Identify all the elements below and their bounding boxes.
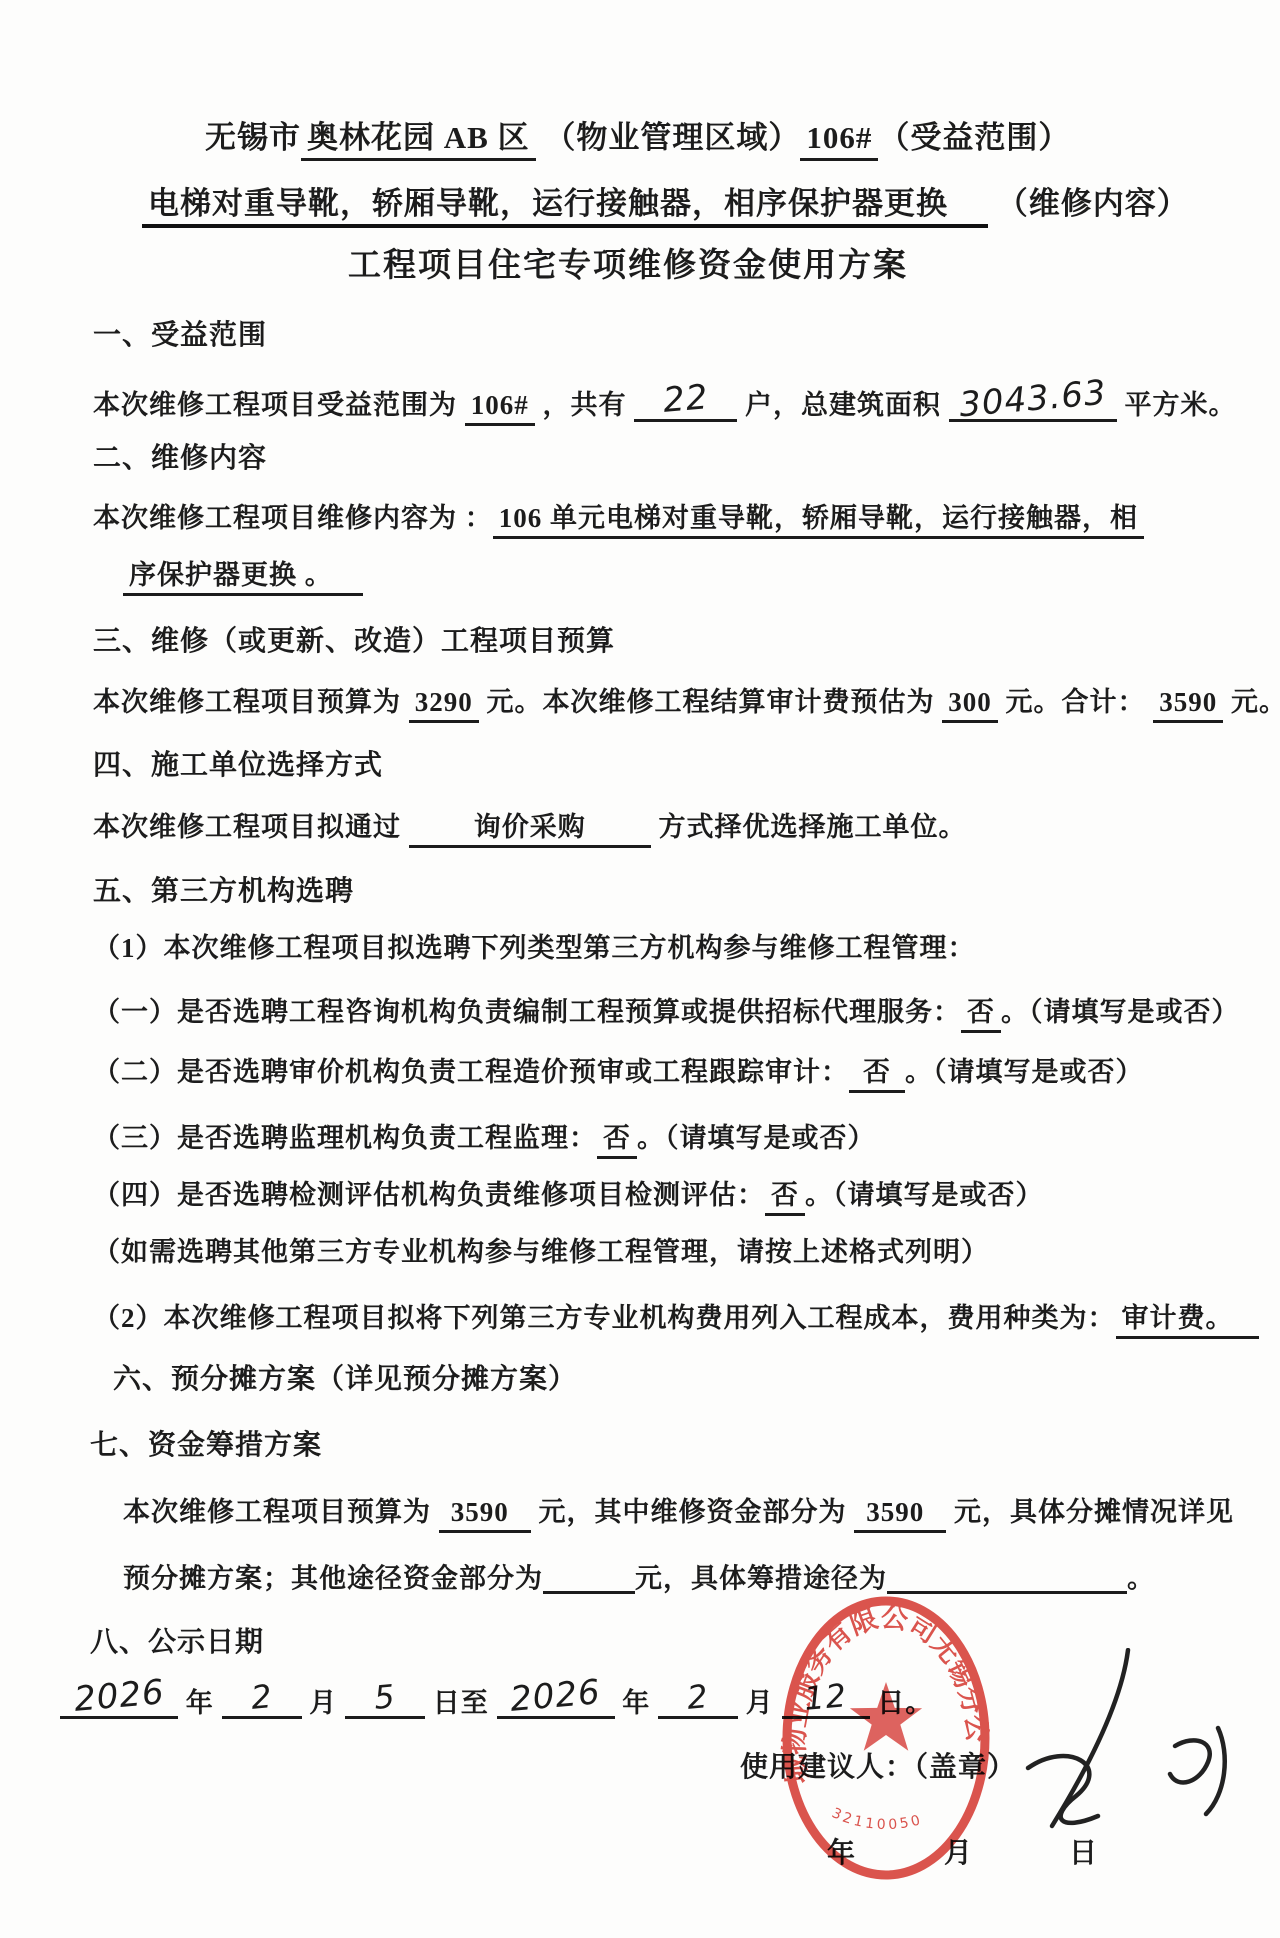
s7-fund-value: 3590 — [854, 1497, 946, 1533]
s4-text2: 方式择优选择施工单位。 — [659, 812, 967, 842]
s5-item-3: （三）是否选聘监理机构负责工程监理：否。（请填写是或否） — [93, 1123, 876, 1154]
s3-text4: 元。 — [1231, 687, 1280, 717]
section-3-body: 本次维修工程项目预算为 3290 元。本次维修工程结算审计费预估为 300 元。… — [93, 687, 1280, 718]
s1-households-handwritten: 22 — [662, 378, 711, 421]
title-area-label: （物业管理区域） — [544, 120, 800, 155]
s2-content-continued-underlined: 序保护器更换 。 — [123, 560, 363, 596]
s3-text: 本次维修工程项目预算为 — [93, 687, 401, 717]
section-2-body-line1: 本次维修工程项目维修内容为 ：106 单元电梯对重导靴，轿厢导靴，运行接触器，相 — [93, 503, 1144, 534]
section-4-body: 本次维修工程项目拟通过 询价采购 方式择优选择施工单位。 — [93, 812, 967, 843]
date-month1-handwritten: 2 — [249, 1678, 273, 1717]
s5-p1-text: （1）本次维修工程项目拟选聘下列类型第三方机构参与维修工程管理： — [93, 933, 976, 963]
title-community-underlined: 奥林花园 AB 区 — [301, 120, 536, 161]
s5-paragraph-2: （2）本次维修工程项目拟将下列第三方专业机构费用列入工程成本，费用种类为：审计费… — [93, 1303, 1259, 1334]
s5-i4-note: 。（请填写是或否） — [805, 1180, 1044, 1210]
s5-p2-text: （2）本次维修工程项目拟将下列第三方专业机构费用列入工程成本，费用种类为： — [93, 1303, 1116, 1333]
s5-i3-text: （三）是否选聘监理机构负责工程监理： — [93, 1123, 597, 1153]
section-6-heading: 六、预分摊方案（详见预分摊方案） — [113, 1364, 577, 1396]
s2-text: 本次维修工程项目维修内容为 ： — [93, 503, 493, 533]
s1-area-handwritten: 3043.63 — [958, 374, 1108, 426]
date-year1-fill: 2026 — [60, 1675, 178, 1719]
date-year2-handwritten: 2026 — [509, 1673, 603, 1720]
doc-title-line3: 工程项目住宅专项维修资金使用方案 — [348, 248, 908, 286]
scanned-document-page: 无锡市奥林花园 AB 区 （物业管理区域）106#（受益范围） 电梯对重导靴，轿… — [0, 0, 1280, 1938]
signature-stroke-4 — [1206, 1728, 1225, 1814]
signature-svg — [990, 1648, 1250, 1858]
s5-i2-note: 。（请填写是或否） — [905, 1057, 1144, 1087]
date-year1-label: 年 — [186, 1688, 214, 1718]
date-month1-fill: 2 — [222, 1677, 302, 1719]
s5-paragraph-1: （1）本次维修工程项目拟选聘下列类型第三方机构参与维修工程管理： — [93, 933, 976, 964]
signature-stroke-3 — [1170, 1740, 1210, 1782]
date-month2-fill: 2 — [658, 1677, 738, 1719]
s5-i1-answer: 否 — [961, 997, 1001, 1033]
s7-text3: 元，具体分摊情况详见 — [954, 1497, 1234, 1527]
s7-text2: 元，其中维修资金部分为 — [539, 1497, 847, 1527]
s7-total-value: 3590 — [439, 1497, 531, 1533]
seal-code-text: 32110050 — [829, 1805, 925, 1833]
s5-note: （如需选聘其他第三方专业机构参与维修工程管理，请按上述格式列明） — [93, 1237, 989, 1268]
s5-p2-fee-type: 审计费。 — [1116, 1303, 1259, 1339]
title-building-underlined: 106# — [800, 120, 878, 161]
s5-item-4: （四）是否选聘检测评估机构负责维修项目检测评估：否。（请填写是或否） — [93, 1180, 1044, 1211]
s4-method-value: 询价采购 — [409, 812, 651, 848]
section-8-heading: 八、公示日期 — [90, 1627, 264, 1659]
date-year2-label: 年 — [622, 1688, 650, 1718]
seal-svg: 城物业服务有限公司无锡分公 32110050 — [766, 1588, 1006, 1888]
signature-stroke-2 — [1028, 1756, 1098, 1823]
s1-text2: ，共有 — [543, 390, 627, 420]
s5-i1-note: 。（请填写是或否） — [1001, 997, 1240, 1027]
s3-budget-value: 3290 — [409, 687, 479, 723]
section-7-heading: 七、资金筹措方案 — [90, 1430, 322, 1462]
s3-text2: 元。本次维修工程结算审计费预估为 — [487, 687, 935, 717]
section-2-body-line2: 序保护器更换 。 — [123, 560, 363, 591]
section-4-heading: 四、施工单位选择方式 — [93, 750, 383, 782]
section-1-heading: 一、受益范围 — [93, 320, 267, 352]
section-2-heading: 二、维修内容 — [93, 443, 267, 475]
s1-building-value: 106# — [465, 390, 535, 426]
s5-i1-text: （一）是否选聘工程咨询机构负责编制工程预算或提供招标代理服务： — [93, 997, 961, 1027]
date-month1-label: 月 — [309, 1688, 337, 1718]
s1-area-fill: 3043.63 — [949, 378, 1117, 422]
s5-i3-note: 。（请填写是或否） — [637, 1123, 876, 1153]
title-scope-label: （受益范围） — [878, 120, 1070, 155]
handwritten-signature — [990, 1648, 1250, 1858]
title-content-label: （维修内容） — [997, 186, 1189, 221]
section-7-body-line1: 本次维修工程项目预算为 3590 元，其中维修资金部分为 3590 元，具体分摊… — [123, 1497, 1234, 1528]
s1-text: 本次维修工程项目受益范围为 — [93, 390, 457, 420]
section-1-body: 本次维修工程项目受益范围为 106# ，共有 22 户，总建筑面积 3043.6… — [93, 378, 1237, 422]
title-repair-content-underlined: 电梯对重导靴，轿厢导靴，运行接触器，相序保护器更换 — [142, 186, 988, 228]
s1-text4: 平方米。 — [1125, 390, 1237, 420]
date-to-label: 日至 — [433, 1688, 489, 1718]
date-year1-handwritten: 2026 — [72, 1673, 166, 1720]
s1-households-fill: 22 — [634, 378, 737, 422]
s5-item-1: （一）是否选聘工程咨询机构负责编制工程预算或提供招标代理服务：否。（请填写是或否… — [93, 997, 1240, 1028]
s5-i2-text: （二）是否选聘审价机构负责工程造价预审或工程跟踪审计： — [93, 1057, 849, 1087]
s7-other-fund-blank — [543, 1563, 635, 1594]
s5-item-2: （二）是否选聘审价机构负责工程造价预审或工程跟踪审计：否。（请填写是或否） — [93, 1057, 1144, 1088]
section-3-heading: 三、维修（或更新、改造）工程项目预算 — [93, 626, 615, 658]
s4-text: 本次维修工程项目拟通过 — [93, 812, 401, 842]
s5-i4-text: （四）是否选聘检测评估机构负责维修项目检测评估： — [93, 1180, 765, 1210]
s5-i4-answer: 否 — [765, 1180, 805, 1216]
date-day1-fill: 5 — [345, 1677, 425, 1719]
s7-text4: 预分摊方案；其他途径资金部分为 — [123, 1563, 543, 1593]
date-year2-fill: 2026 — [497, 1675, 615, 1719]
s1-text3: 户，总建筑面积 — [745, 390, 941, 420]
date-month2-handwritten: 2 — [686, 1678, 710, 1717]
seal-star-icon — [850, 1682, 922, 1751]
doc-title-line1: 无锡市奥林花园 AB 区 （物业管理区域）106#（受益范围） — [205, 120, 1070, 156]
title-city: 无锡市 — [205, 120, 301, 155]
section-5-heading: 五、第三方机构选聘 — [93, 876, 354, 908]
s5-i3-answer: 否 — [597, 1123, 637, 1159]
s3-total-value: 3590 — [1153, 687, 1223, 723]
s2-content-underlined: 106 单元电梯对重导靴，轿厢导靴，运行接触器，相 — [493, 503, 1144, 539]
doc-title-line2: 电梯对重导靴，轿厢导靴，运行接触器，相序保护器更换 （维修内容） — [142, 186, 1189, 222]
signature-stroke-1 — [1052, 1650, 1128, 1826]
s7-text: 本次维修工程项目预算为 — [123, 1497, 431, 1527]
s3-audit-fee-value: 300 — [942, 687, 998, 723]
s5-i2-answer: 否 — [849, 1057, 905, 1093]
s3-text3: 元。合计： — [1006, 687, 1146, 717]
company-seal-stamp: 城物业服务有限公司无锡分公 32110050 — [766, 1588, 1006, 1888]
s7-text6: 。 — [1127, 1563, 1155, 1593]
date-day1-handwritten: 5 — [373, 1678, 397, 1717]
